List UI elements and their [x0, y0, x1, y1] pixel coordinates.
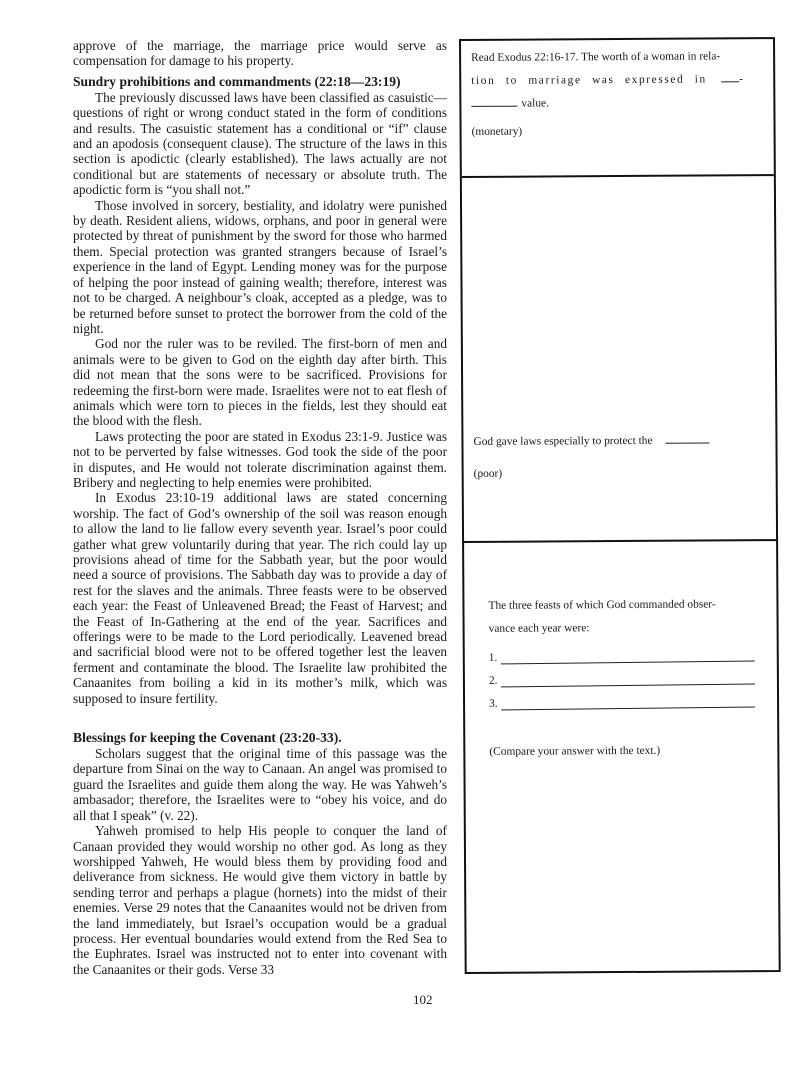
body-paragraph: Scholars suggest that the original time … — [73, 746, 447, 823]
body-paragraph: God nor the ruler was to be reviled. The… — [73, 336, 447, 428]
compare-note: (Compare your answer with the text.) — [489, 742, 767, 760]
answer-blank[interactable] — [721, 73, 739, 82]
question-text: God gave laws especially to protect the — [473, 435, 652, 448]
question-line: Read Exodus 22:16-17. The worth of a wom… — [471, 45, 763, 70]
answer-line-1[interactable]: 1. — [489, 639, 767, 664]
study-frame-protect-poor: God gave laws especially to protect the … — [462, 176, 776, 543]
body-paragraph: The previously discussed laws have been … — [73, 90, 447, 198]
section-heading-text: Blessings for keeping the Covenant — [73, 730, 276, 745]
question-text: value. — [521, 97, 549, 109]
study-frame-marriage-worth: Read Exodus 22:16-17. The worth of a wom… — [461, 39, 774, 178]
answer-key: (monetary) — [472, 122, 764, 140]
answer-line-3[interactable]: 3. — [489, 685, 767, 710]
question-line: The three feasts of which God commanded … — [488, 593, 766, 618]
question-line: God gave laws especially to protect the — [473, 429, 765, 454]
question-line: value. — [471, 91, 763, 116]
answer-blank[interactable] — [501, 697, 755, 711]
item-number: 3. — [489, 698, 501, 710]
page-number: 102 — [413, 992, 433, 1008]
answer-blank[interactable] — [665, 434, 709, 443]
section-heading-reference: (22:18—23:19) — [315, 74, 401, 89]
main-text-column: approve of the marriage, the marriage pr… — [73, 38, 447, 977]
section-heading-reference: (23:20-33). — [279, 730, 341, 745]
question-line: vance each year were: — [489, 616, 767, 641]
intro-paragraph: approve of the marriage, the marriage pr… — [73, 38, 447, 69]
section-heading-sundry-prohibitions: Sundry prohibitions and commandments (22… — [73, 74, 447, 90]
body-paragraph: Yahweh promised to help His people to co… — [73, 823, 447, 977]
answer-blank[interactable] — [471, 98, 517, 107]
body-paragraph: Those involved in sorcery, bestiality, a… — [73, 198, 447, 337]
item-number: 2. — [489, 675, 501, 687]
study-question-sidebar: Read Exodus 22:16-17. The worth of a wom… — [459, 37, 781, 974]
body-paragraph: Laws protecting the poor are stated in E… — [73, 429, 447, 491]
question-line: tion to marriage was expressed in - — [471, 68, 763, 93]
question-text: tion to marriage was expressed in — [471, 73, 707, 86]
section-heading-text: Sundry prohibitions and commandments — [73, 74, 311, 89]
answer-line-2[interactable]: 2. — [489, 662, 767, 687]
answer-key: (poor) — [474, 464, 766, 482]
section-heading-blessings-covenant: Blessings for keeping the Covenant (23:2… — [73, 730, 447, 746]
body-paragraph: In Exodus 23:10-19 additional laws are s… — [73, 490, 447, 706]
study-frame-three-feasts: The three feasts of which God commanded … — [464, 541, 777, 760]
item-number: 1. — [489, 652, 501, 664]
